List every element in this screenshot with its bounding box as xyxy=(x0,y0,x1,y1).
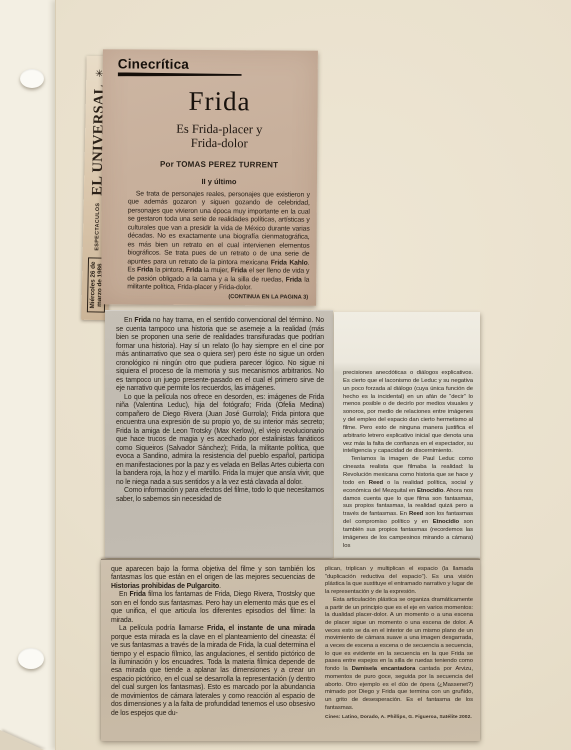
bottom-right-paragraphs: plican, triplican y multiplican el espac… xyxy=(325,566,473,712)
section-label: ESPECTACULOS xyxy=(93,202,100,250)
paragraph: Se trata de personajes reales, personaje… xyxy=(127,190,310,293)
paragraph: Como información y para efectos del film… xyxy=(116,487,324,504)
paragraph: En Frida no hay trama, en el sentido con… xyxy=(116,317,324,394)
article-title: Frida xyxy=(128,86,310,115)
headline-block: Frida Es Frida-placer y Frida-dolor Por … xyxy=(127,86,310,301)
paragraph: La película podría llamarse Frida, el in… xyxy=(111,625,315,718)
kicker: Cinecrítica xyxy=(118,56,314,72)
hole-punch-top xyxy=(20,69,44,88)
body-clipping-left: En Frida no hay trama, en el sentido con… xyxy=(105,310,333,558)
bottom-right-column: plican, triplican y multiplican el espac… xyxy=(325,566,473,741)
paragraph: Lo que la película nos ofrece en desorde… xyxy=(116,394,324,488)
continuation-note: (CONTINUA EN LA PAGINA 3) xyxy=(127,294,309,301)
headline-clipping: Cinecrítica Frida Es Frida-placer y Frid… xyxy=(101,49,318,305)
kicker-underline xyxy=(118,72,242,77)
page-corner-fold xyxy=(0,730,44,750)
bottom-clipping: que aparecen bajo la forma objetiva del … xyxy=(101,559,480,741)
bottom-left-column: que aparecen bajo la forma objetiva del … xyxy=(111,566,315,741)
article-deck: Es Frida-placer y Frida-dolor xyxy=(128,121,310,150)
deck-line2: Frida-dolor xyxy=(191,136,248,150)
byline: Por TOMAS PEREZ TURRENT xyxy=(128,159,310,169)
body-clipping-right: precisiones anecdóticas o diálogos expli… xyxy=(334,312,480,558)
paragraph: Teníamos la imagen de Paul Leduc como ci… xyxy=(343,456,473,550)
deck-line1: Es Frida-placer y xyxy=(176,122,262,137)
lead-paragraph: Se trata de personajes reales, personaje… xyxy=(127,190,310,293)
hole-punch-bottom xyxy=(18,648,44,669)
paragraph: precisiones anecdóticas o diálogos expli… xyxy=(343,370,473,456)
cinema-listing: Cines: Latino, Dorado, A. Phillips, G. F… xyxy=(325,714,473,722)
part-label: II y último xyxy=(128,176,310,186)
paragraph: Esta articulación plástica se organiza d… xyxy=(325,597,473,713)
paragraph: que aparecen bajo la forma objetiva del … xyxy=(111,566,315,591)
paragraph: plican, triplican y multiplican el espac… xyxy=(325,566,473,597)
scanned-page: Miércoles 26 de marzo de 1986 ESPECTACUL… xyxy=(0,0,571,750)
paragraph: En Frida filma los fantamas de Frida, Di… xyxy=(111,591,315,625)
